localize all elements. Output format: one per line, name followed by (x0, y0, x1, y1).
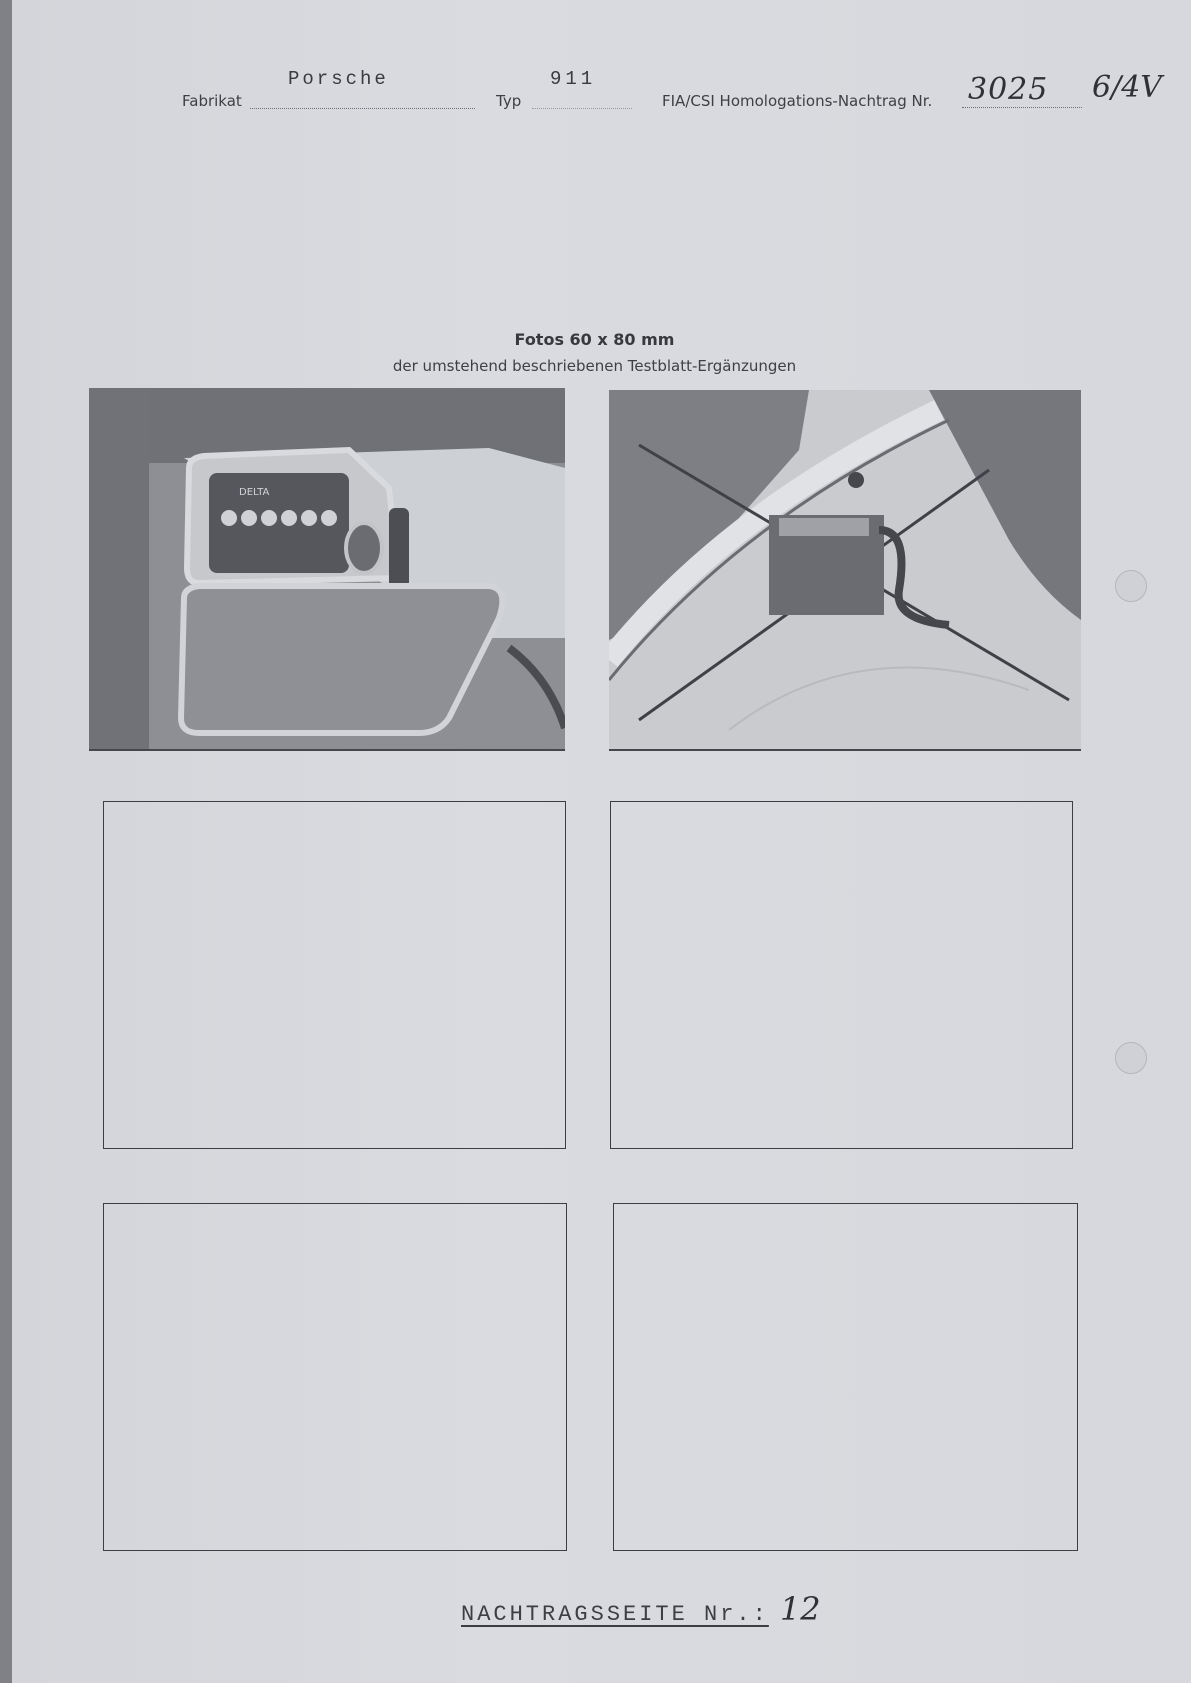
photo-component-image (609, 390, 1081, 749)
empty-photo-frame (103, 801, 566, 1149)
fabrikat-value: Porsche (288, 68, 389, 90)
section-subtitle: der umstehend beschriebenen Testblatt-Er… (12, 357, 1177, 375)
nachtrag-label: FIA/CSI Homologations-Nachtrag Nr. (662, 92, 932, 110)
handwritten-annotation: 6/4V (1092, 70, 1162, 105)
nachtrag-dotted-line (962, 107, 1082, 108)
typ-label: Typ (496, 92, 521, 110)
footer-page-number: 12 (780, 1590, 821, 1628)
document-page: Porsche Fabrikat 911 Typ FIA/CSI Homolog… (12, 0, 1191, 1683)
photo-battery-compartment: DELTA (89, 388, 565, 751)
photo-component-box (609, 390, 1081, 751)
nachtrag-number: 3025 (968, 72, 1048, 107)
fabrikat-label: Fabrikat (182, 92, 242, 110)
punch-hole (1115, 1042, 1147, 1074)
punch-hole (1115, 570, 1147, 602)
footer: NACHTRAGSSEITE Nr.: 12 (461, 1590, 821, 1628)
footer-label: NACHTRAGSSEITE Nr.: (461, 1602, 769, 1627)
typ-dotted-line (532, 108, 632, 109)
empty-photo-frame (610, 801, 1073, 1149)
photo-battery-image: DELTA (89, 388, 565, 749)
empty-photo-frame (103, 1203, 567, 1551)
fabrikat-dotted-line (250, 108, 475, 109)
svg-text:DELTA: DELTA (239, 487, 270, 498)
typ-value: 911 (550, 68, 596, 90)
empty-photo-frame (613, 1203, 1078, 1551)
section-title: Fotos 60 x 80 mm (12, 330, 1177, 349)
